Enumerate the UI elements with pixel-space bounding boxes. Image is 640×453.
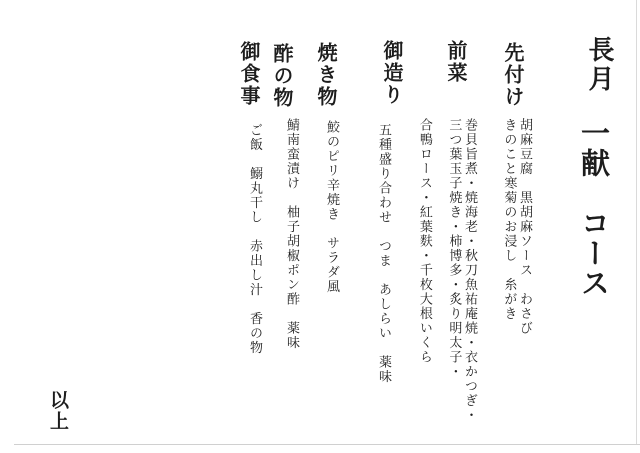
section-sakizuke: 先付け 胡麻豆腐 黒胡麻ソース わさび きのこと寒菊のお浸し 糸がき — [498, 42, 524, 336]
section-lines-zensai: 巻貝旨煮・焼海老・秋刀魚祐庵焼・衣かつぎ・ 三つ葉玉子焼き・柿博多・炙り明太子・… — [417, 40, 478, 423]
section-oshokuji: 御食事 ご飯 鰯丸干し 赤出し汁 香の物 — [247, 41, 260, 355]
menu-page: 長月 一献 コース 先付け 胡麻豆腐 黒胡麻ソース わさび きのこと寒菊のお浸し… — [0, 0, 640, 453]
card-right-edge — [636, 0, 637, 445]
section-otsukuri: 御造り 五種盛り合わせ つま あしらい 薬味 — [376, 40, 403, 384]
section-yakimono: 焼き物 鮫のピリ辛焼き サラダ風 — [324, 42, 337, 294]
course-title: 一献 コース — [573, 118, 614, 298]
section-sunomono: 酢の物 鯖南蛮漬け 柚子胡椒ポン酢 薬味 — [284, 43, 293, 350]
section-zensai: 前菜 巻貝旨煮・焼海老・秋刀魚祐庵焼・衣かつぎ・ 三つ葉玉子焼き・柿博多・炙り明… — [403, 40, 467, 423]
card-bottom-edge — [14, 444, 640, 445]
month-title: 長月 — [581, 36, 618, 94]
closing-label: 以上 — [44, 390, 71, 432]
menu-line: 巻貝旨煮・焼海老・秋刀魚祐庵焼・衣かつぎ・ — [462, 40, 478, 423]
menu-line: 三つ葉玉子焼き・柿博多・炙り明太子・ — [447, 40, 463, 423]
menu-line: 合鴨ロース・紅葉麩・千枚大根いくら — [417, 40, 433, 423]
